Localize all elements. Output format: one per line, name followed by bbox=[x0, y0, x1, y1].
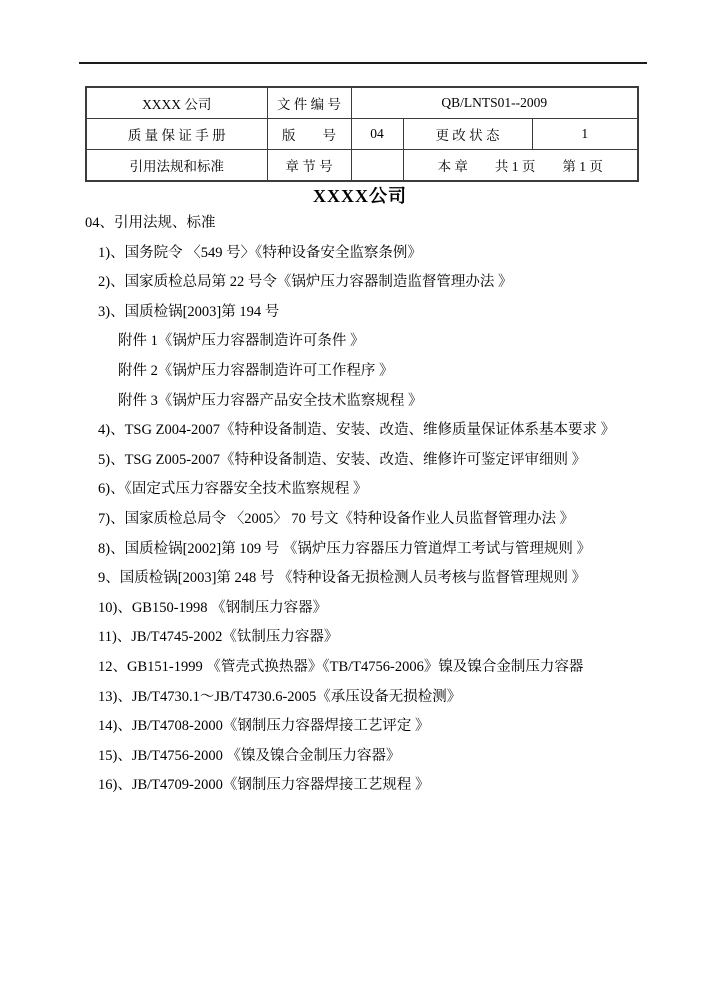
list-item: 3)、国质检锅[2003]第 194 号 bbox=[85, 298, 685, 328]
list-item: 9、国质检锅[2003]第 248 号 《特种设备无损检测人员考核与监督管理规则… bbox=[85, 564, 685, 594]
list-item: 1)、国务院令 〈549 号〉《特种设备安全监察条例》 bbox=[85, 239, 685, 269]
page-title: XXXX公司 bbox=[80, 182, 640, 208]
document-page: XXXX 公司 文 件 编 号 QB/LNTS01--2009 质 量 保 证 … bbox=[0, 0, 703, 994]
list-item-attachment: 附件 2《锅炉压力容器制造许可工作程序 》 bbox=[85, 357, 685, 387]
company-name-cell: XXXX 公司 bbox=[86, 87, 267, 119]
page-info-cell: 本 章 共 1 页 第 1 页 bbox=[403, 150, 638, 182]
list-item: 12、GB151-1999 《管壳式换热器》《TB/T4756-2006》镍及镍… bbox=[85, 653, 685, 683]
header-table-row-3: 引用法规和标准 章 节 号 本 章 共 1 页 第 1 页 bbox=[86, 150, 638, 182]
list-item: 16)、JB/T4709-2000《钢制压力容器焊接工艺规程 》 bbox=[85, 771, 685, 801]
chapter-name-cell: 引用法规和标准 bbox=[86, 150, 267, 182]
list-item: 11)、JB/T4745-2002《钛制压力容器》 bbox=[85, 623, 685, 653]
list-item: 10)、GB150-1998 《钢制压力容器》 bbox=[85, 594, 685, 624]
version-value-cell: 04 bbox=[351, 119, 403, 150]
section-no-value-cell bbox=[351, 150, 403, 182]
document-header-table: XXXX 公司 文 件 编 号 QB/LNTS01--2009 质 量 保 证 … bbox=[85, 86, 639, 182]
change-state-value-cell: 1 bbox=[532, 119, 638, 150]
list-item-attachment: 附件 3《锅炉压力容器产品安全技术监察规程 》 bbox=[85, 387, 685, 417]
list-item-attachment: 附件 1《锅炉压力容器制造许可条件 》 bbox=[85, 327, 685, 357]
header-table-row-2: 质 量 保 证 手 册 版 号 04 更 改 状 态 1 bbox=[86, 119, 638, 150]
change-state-label-cell: 更 改 状 态 bbox=[403, 119, 532, 150]
list-item: 4)、TSG Z004-2007《特种设备制造、安装、改造、维修质量保证体系基本… bbox=[85, 416, 685, 446]
list-item: 6)、《固定式压力容器安全技术监察规程 》 bbox=[85, 475, 685, 505]
doc-no-label-cell: 文 件 编 号 bbox=[267, 87, 351, 119]
list-item: 13)、JB/T4730.1～JB/T4730.6-2005《承压设备无损检测》 bbox=[85, 683, 685, 713]
list-item: 8)、国质检锅[2002]第 109 号 《锅炉压力容器压力管道焊工考试与管理规… bbox=[85, 535, 685, 565]
regulation-list: 04、引用法规、标准 1)、国务院令 〈549 号〉《特种设备安全监察条例》 2… bbox=[85, 209, 685, 801]
list-item: 15)、JB/T4756-2000 《镍及镍合金制压力容器》 bbox=[85, 742, 685, 772]
manual-name-cell: 质 量 保 证 手 册 bbox=[86, 119, 267, 150]
header-table-row-1: XXXX 公司 文 件 编 号 QB/LNTS01--2009 bbox=[86, 87, 638, 119]
header-rule bbox=[79, 62, 647, 64]
list-item: 14)、JB/T4708-2000《钢制压力容器焊接工艺评定 》 bbox=[85, 712, 685, 742]
section-heading: 04、引用法规、标准 bbox=[85, 209, 685, 239]
section-no-label-cell: 章 节 号 bbox=[267, 150, 351, 182]
version-label-cell: 版 号 bbox=[267, 119, 351, 150]
list-item: 7)、国家质检总局令 〈2005〉 70 号文《特种设备作业人员监督管理办法 》 bbox=[85, 505, 685, 535]
doc-no-value-cell: QB/LNTS01--2009 bbox=[351, 87, 638, 119]
list-item: 2)、国家质检总局第 22 号令《锅炉压力容器制造监督管理办法 》 bbox=[85, 268, 685, 298]
list-item: 5)、TSG Z005-2007《特种设备制造、安装、改造、维修许可鉴定评审细则… bbox=[85, 446, 685, 476]
